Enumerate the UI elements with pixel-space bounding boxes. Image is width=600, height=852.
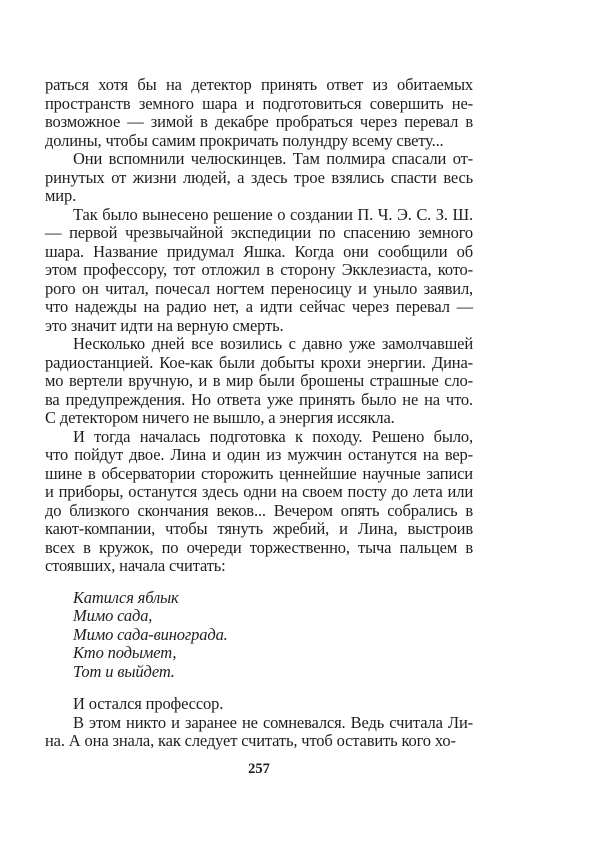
text-line: на. А она знала, как следует считать, чт… xyxy=(45,732,473,751)
paragraph: Несколько дней все возились с давно уже … xyxy=(45,335,473,428)
text-line: И тогда началась подготовка к походу. Ре… xyxy=(45,428,473,447)
text-line: И остался профессор. xyxy=(45,695,473,714)
verse-line: Кто подымет, xyxy=(73,644,473,663)
text-line: шине в обсерватории сторожить ценнейшие … xyxy=(45,465,473,484)
text-line: кают-компании, чтобы тянуть жребий, и Ли… xyxy=(45,520,473,539)
verse-block: Катился яблыкМимо сада,Мимо сада-виногра… xyxy=(73,589,473,682)
text-line: до близкого скончания веков... Вечером о… xyxy=(45,502,473,521)
paragraph: И остался профессор. xyxy=(45,695,473,714)
paragraph: Они вспомнили челюскинцев. Там полмира с… xyxy=(45,150,473,206)
text-line: это значит идти на верную смерть. xyxy=(45,317,473,336)
verse-line: Катился яблык xyxy=(73,589,473,608)
text-line: и приборы, останутся здесь одни на своем… xyxy=(45,483,473,502)
text-line: ринутых от жизни людей, а здесь трое взя… xyxy=(45,169,473,188)
book-page: раться хотя бы на детектор принять ответ… xyxy=(0,0,600,852)
verse-line: Тот и выйдет. xyxy=(73,663,473,682)
text-line: Они вспомнили челюскинцев. Там полмира с… xyxy=(45,150,473,169)
text-line: мо вертели вручную, и в мир были брошены… xyxy=(45,372,473,391)
text-line: — первой чрезвычайной экспедиции по спас… xyxy=(45,224,473,243)
text-line: всех в кружок, по очереди торжественно, … xyxy=(45,539,473,558)
text-line: этом профессору, тот отложил в сторону Э… xyxy=(45,261,473,280)
text-line: рого он читал, почесал ногтем переносицу… xyxy=(45,280,473,299)
verse-line: Мимо сада-винограда. xyxy=(73,626,473,645)
text-column: раться хотя бы на детектор принять ответ… xyxy=(45,76,473,778)
text-line: ва предупреждения. Но ответа уже принять… xyxy=(45,391,473,410)
paragraph: раться хотя бы на детектор принять ответ… xyxy=(45,76,473,150)
text-line: долины, чтобы самим прокричать полундру … xyxy=(45,132,473,151)
text-blocks: раться хотя бы на детектор принять ответ… xyxy=(45,76,473,751)
paragraph: И тогда началась подготовка к походу. Ре… xyxy=(45,428,473,576)
text-line: радиостанцией. Кое-как были добыты крохи… xyxy=(45,354,473,373)
text-line: что пойдут двое. Лина и один из мужчин о… xyxy=(45,446,473,465)
paragraph: В этом никто и заранее не сомневался. Ве… xyxy=(45,714,473,751)
text-line: Так было вынесено решение о создании П. … xyxy=(45,206,473,225)
text-line: возможное — зимой в декабре пробраться ч… xyxy=(45,113,473,132)
text-line: мир. xyxy=(45,187,473,206)
paragraph: Так было вынесено решение о создании П. … xyxy=(45,206,473,336)
text-line: шара. Название придумал Яшка. Когда они … xyxy=(45,243,473,262)
verse-line: Мимо сада, xyxy=(73,607,473,626)
text-line: В этом никто и заранее не сомневался. Ве… xyxy=(45,714,473,733)
text-line: С детектором ничего не вышло, а энергия … xyxy=(45,409,473,428)
text-line: раться хотя бы на детектор принять ответ… xyxy=(45,76,473,95)
text-line: что надежды на радио нет, а идти сейчас … xyxy=(45,298,473,317)
text-line: стоявших, начала считать: xyxy=(45,557,473,576)
page-number: 257 xyxy=(45,760,473,779)
text-line: Несколько дней все возились с давно уже … xyxy=(45,335,473,354)
text-line: пространств земного шара и подготовиться… xyxy=(45,95,473,114)
